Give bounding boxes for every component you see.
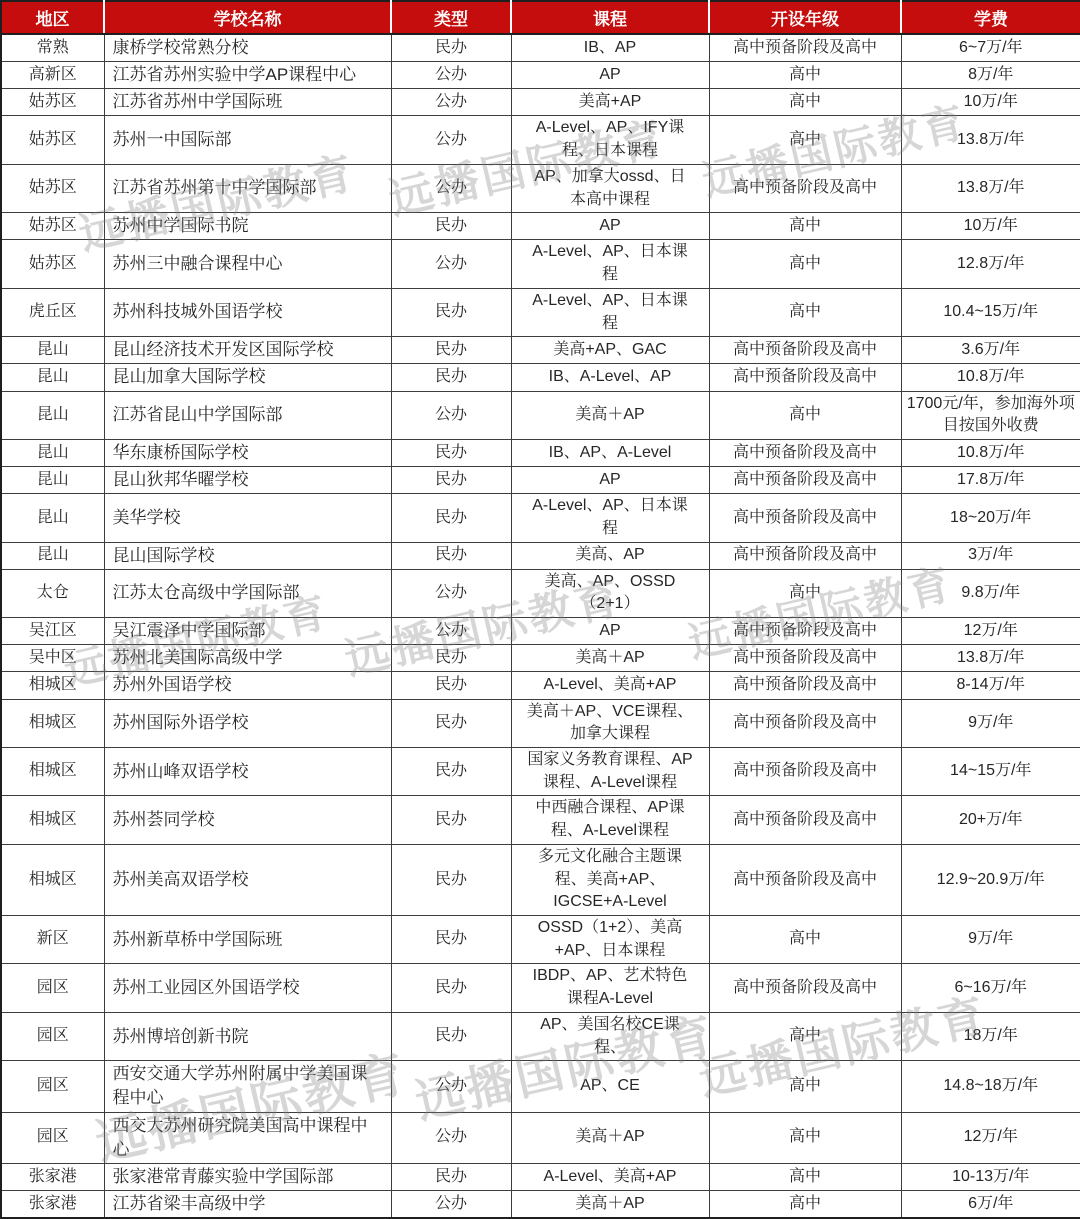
table-row: 姑苏区江苏省苏州第十中学国际部公办AP、加拿大ossd、日本高中课程高中预备阶段…: [1, 164, 1080, 212]
cell-fee: 8-14万/年: [901, 672, 1080, 699]
cell-grades: 高中: [709, 391, 901, 439]
column-header-type: 类型: [391, 1, 511, 34]
cell-courses: A-Level、AP、日本课程: [511, 240, 709, 288]
column-header-region: 地区: [1, 1, 104, 34]
cell-region: 相城区: [1, 796, 104, 844]
cell-region: 新区: [1, 916, 104, 964]
column-header-grades: 开设年级: [709, 1, 901, 34]
cell-grades: 高中: [709, 240, 901, 288]
table-row: 虎丘区苏州科技城外国语学校民办A-Level、AP、日本课程高中10.4~15万…: [1, 288, 1080, 336]
table-row: 园区西安交通大学苏州附属中学美国课程中心公办AP、CE高中14.8~18万/年: [1, 1061, 1080, 1112]
table-row: 昆山昆山狄邦华曜学校民办AP高中预备阶段及高中17.8万/年: [1, 467, 1080, 494]
cell-grades: 高中预备阶段及高中: [709, 618, 901, 645]
cell-school: 江苏省苏州实验中学AP课程中心: [104, 62, 391, 89]
cell-type: 民办: [391, 494, 511, 542]
cell-courses: IB、A-Level、AP: [511, 364, 709, 391]
column-header-fee: 学费: [901, 1, 1080, 34]
cell-school: 康桥学校常熟分校: [104, 34, 391, 62]
cell-type: 民办: [391, 364, 511, 391]
cell-type: 公办: [391, 1190, 511, 1218]
table-row: 相城区苏州山峰双语学校民办国家义务教育课程、AP课程、A-Level课程高中预备…: [1, 748, 1080, 796]
table-row: 昆山江苏省昆山中学国际部公办美高＋AP高中1700元/年，参加海外项目按国外收费: [1, 391, 1080, 439]
cell-type: 公办: [391, 1112, 511, 1163]
cell-school: 苏州外国语学校: [104, 672, 391, 699]
cell-type: 民办: [391, 542, 511, 569]
cell-courses: AP: [511, 467, 709, 494]
cell-courses: A-Level、AP、日本课程: [511, 288, 709, 336]
cell-grades: 高中预备阶段及高中: [709, 645, 901, 672]
cell-courses: 多元文化融合主题课程、美高+AP、IGCSE+A-Level: [511, 844, 709, 915]
cell-school: 昆山加拿大国际学校: [104, 364, 391, 391]
cell-fee: 1700元/年，参加海外项目按国外收费: [901, 391, 1080, 439]
cell-grades: 高中: [709, 916, 901, 964]
cell-courses: 美高、AP: [511, 542, 709, 569]
cell-grades: 高中预备阶段及高中: [709, 748, 901, 796]
cell-grades: 高中: [709, 1112, 901, 1163]
school-tuition-table: 地区 学校名称 类型 课程 开设年级 学费 常熟康桥学校常熟分校民办IB、AP高…: [0, 0, 1080, 1219]
cell-type: 民办: [391, 796, 511, 844]
cell-region: 虎丘区: [1, 288, 104, 336]
cell-region: 相城区: [1, 748, 104, 796]
cell-region: 园区: [1, 964, 104, 1012]
cell-courses: 美高＋AP: [511, 645, 709, 672]
cell-grades: 高中预备阶段及高中: [709, 672, 901, 699]
cell-grades: 高中: [709, 116, 901, 164]
table-row: 张家港江苏省梁丰高级中学公办美高＋AP高中6万/年: [1, 1190, 1080, 1218]
cell-region: 相城区: [1, 699, 104, 747]
cell-school: 苏州一中国际部: [104, 116, 391, 164]
cell-type: 公办: [391, 391, 511, 439]
cell-region: 昆山: [1, 494, 104, 542]
cell-school: 苏州中学国际书院: [104, 213, 391, 240]
cell-school: 吴江震泽中学国际部: [104, 618, 391, 645]
table-row: 相城区苏州荟同学校民办中西融合课程、AP课程、A-Level课程高中预备阶段及高…: [1, 796, 1080, 844]
cell-type: 民办: [391, 288, 511, 336]
cell-fee: 10万/年: [901, 213, 1080, 240]
table-row: 太仓江苏太仓高级中学国际部公办美高、AP、OSSD（2+1）高中9.8万/年: [1, 569, 1080, 617]
cell-type: 公办: [391, 618, 511, 645]
table-row: 园区苏州博培创新书院民办AP、美国名校CE课程、高中18万/年: [1, 1012, 1080, 1060]
cell-type: 公办: [391, 89, 511, 116]
cell-fee: 9万/年: [901, 916, 1080, 964]
cell-region: 吴中区: [1, 645, 104, 672]
cell-grades: 高中: [709, 1163, 901, 1190]
cell-region: 园区: [1, 1061, 104, 1112]
table-row: 昆山昆山国际学校民办美高、AP高中预备阶段及高中3万/年: [1, 542, 1080, 569]
cell-type: 民办: [391, 1163, 511, 1190]
cell-fee: 3万/年: [901, 542, 1080, 569]
cell-grades: 高中预备阶段及高中: [709, 164, 901, 212]
cell-grades: 高中预备阶段及高中: [709, 844, 901, 915]
cell-region: 昆山: [1, 467, 104, 494]
table-row: 吴江区吴江震泽中学国际部公办AP高中预备阶段及高中12万/年: [1, 618, 1080, 645]
cell-fee: 18~20万/年: [901, 494, 1080, 542]
cell-type: 民办: [391, 467, 511, 494]
cell-school: 昆山经济技术开发区国际学校: [104, 337, 391, 364]
cell-courses: AP: [511, 618, 709, 645]
cell-courses: AP、美国名校CE课程、: [511, 1012, 709, 1060]
cell-school: 江苏省苏州中学国际班: [104, 89, 391, 116]
cell-type: 民办: [391, 1012, 511, 1060]
table-header: 地区 学校名称 类型 课程 开设年级 学费: [1, 1, 1080, 34]
cell-fee: 12万/年: [901, 1112, 1080, 1163]
cell-school: 西安交通大学苏州附属中学美国课程中心: [104, 1061, 391, 1112]
cell-grades: 高中: [709, 569, 901, 617]
cell-school: 江苏省昆山中学国际部: [104, 391, 391, 439]
cell-courses: AP、加拿大ossd、日本高中课程: [511, 164, 709, 212]
cell-type: 民办: [391, 699, 511, 747]
column-header-courses: 课程: [511, 1, 709, 34]
cell-courses: AP: [511, 213, 709, 240]
cell-region: 常熟: [1, 34, 104, 62]
cell-grades: 高中预备阶段及高中: [709, 439, 901, 466]
cell-grades: 高中预备阶段及高中: [709, 467, 901, 494]
cell-type: 民办: [391, 672, 511, 699]
cell-courses: 中西融合课程、AP课程、A-Level课程: [511, 796, 709, 844]
cell-fee: 12.9~20.9万/年: [901, 844, 1080, 915]
table-row: 新区苏州新草桥中学国际班民办OSSD（1+2）、美高+AP、日本课程高中9万/年: [1, 916, 1080, 964]
cell-courses: AP、CE: [511, 1061, 709, 1112]
cell-school: 苏州山峰双语学校: [104, 748, 391, 796]
cell-courses: IBDP、AP、艺术特色课程A-Level: [511, 964, 709, 1012]
cell-region: 太仓: [1, 569, 104, 617]
cell-type: 民办: [391, 844, 511, 915]
cell-region: 姑苏区: [1, 89, 104, 116]
cell-fee: 10-13万/年: [901, 1163, 1080, 1190]
cell-fee: 8万/年: [901, 62, 1080, 89]
cell-school: 苏州北美国际高级中学: [104, 645, 391, 672]
cell-region: 昆山: [1, 337, 104, 364]
cell-region: 张家港: [1, 1163, 104, 1190]
cell-school: 西交大苏州研究院美国高中课程中心: [104, 1112, 391, 1163]
cell-region: 相城区: [1, 844, 104, 915]
cell-type: 民办: [391, 916, 511, 964]
cell-courses: IB、AP、A-Level: [511, 439, 709, 466]
cell-type: 民办: [391, 964, 511, 1012]
cell-school: 张家港常青藤实验中学国际部: [104, 1163, 391, 1190]
cell-grades: 高中预备阶段及高中: [709, 337, 901, 364]
cell-region: 昆山: [1, 439, 104, 466]
cell-region: 相城区: [1, 672, 104, 699]
cell-fee: 18万/年: [901, 1012, 1080, 1060]
cell-school: 苏州国际外语学校: [104, 699, 391, 747]
cell-school: 苏州美高双语学校: [104, 844, 391, 915]
cell-type: 公办: [391, 62, 511, 89]
cell-grades: 高中: [709, 89, 901, 116]
table-row: 昆山昆山经济技术开发区国际学校民办美高+AP、GAC高中预备阶段及高中3.6万/…: [1, 337, 1080, 364]
cell-school: 江苏省苏州第十中学国际部: [104, 164, 391, 212]
cell-grades: 高中: [709, 213, 901, 240]
cell-type: 民办: [391, 337, 511, 364]
cell-grades: 高中预备阶段及高中: [709, 542, 901, 569]
cell-region: 昆山: [1, 391, 104, 439]
cell-type: 公办: [391, 164, 511, 212]
school-tuition-table-page: 地区 学校名称 类型 课程 开设年级 学费 常熟康桥学校常熟分校民办IB、AP高…: [0, 0, 1080, 1219]
cell-courses: 国家义务教育课程、AP课程、A-Level课程: [511, 748, 709, 796]
cell-courses: A-Level、美高+AP: [511, 672, 709, 699]
cell-school: 苏州荟同学校: [104, 796, 391, 844]
cell-type: 民办: [391, 213, 511, 240]
table-row: 吴中区苏州北美国际高级中学民办美高＋AP高中预备阶段及高中13.8万/年: [1, 645, 1080, 672]
table-row: 昆山昆山加拿大国际学校民办IB、A-Level、AP高中预备阶段及高中10.8万…: [1, 364, 1080, 391]
cell-type: 公办: [391, 240, 511, 288]
table-row: 昆山美华学校民办A-Level、AP、日本课程高中预备阶段及高中18~20万/年: [1, 494, 1080, 542]
table-row: 常熟康桥学校常熟分校民办IB、AP高中预备阶段及高中6~7万/年: [1, 34, 1080, 62]
cell-grades: 高中: [709, 1061, 901, 1112]
cell-fee: 17.8万/年: [901, 467, 1080, 494]
cell-school: 苏州三中融合课程中心: [104, 240, 391, 288]
cell-courses: OSSD（1+2）、美高+AP、日本课程: [511, 916, 709, 964]
cell-grades: 高中预备阶段及高中: [709, 964, 901, 1012]
table-row: 姑苏区苏州三中融合课程中心公办A-Level、AP、日本课程高中12.8万/年: [1, 240, 1080, 288]
table-row: 姑苏区苏州一中国际部公办A-Level、AP、IFY课程、日本课程高中13.8万…: [1, 116, 1080, 164]
cell-region: 姑苏区: [1, 164, 104, 212]
table-row: 园区苏州工业园区外国语学校民办IBDP、AP、艺术特色课程A-Level高中预备…: [1, 964, 1080, 1012]
cell-school: 苏州博培创新书院: [104, 1012, 391, 1060]
cell-school: 苏州科技城外国语学校: [104, 288, 391, 336]
table-row: 高新区江苏省苏州实验中学AP课程中心公办AP高中8万/年: [1, 62, 1080, 89]
cell-courses: IB、AP: [511, 34, 709, 62]
cell-grades: 高中: [709, 288, 901, 336]
cell-type: 民办: [391, 34, 511, 62]
cell-fee: 20+万/年: [901, 796, 1080, 844]
cell-courses: 美高、AP、OSSD（2+1）: [511, 569, 709, 617]
table-row: 相城区苏州国际外语学校民办美高＋AP、VCE课程、加拿大课程高中预备阶段及高中9…: [1, 699, 1080, 747]
cell-type: 民办: [391, 439, 511, 466]
cell-courses: 美高+AP: [511, 89, 709, 116]
cell-type: 公办: [391, 1061, 511, 1112]
cell-region: 昆山: [1, 542, 104, 569]
cell-region: 姑苏区: [1, 213, 104, 240]
cell-courses: 美高＋AP、VCE课程、加拿大课程: [511, 699, 709, 747]
cell-courses: 美高+AP、GAC: [511, 337, 709, 364]
cell-fee: 10.8万/年: [901, 439, 1080, 466]
cell-grades: 高中预备阶段及高中: [709, 796, 901, 844]
cell-fee: 12万/年: [901, 618, 1080, 645]
cell-region: 姑苏区: [1, 240, 104, 288]
cell-type: 公办: [391, 569, 511, 617]
cell-fee: 9.8万/年: [901, 569, 1080, 617]
cell-fee: 10万/年: [901, 89, 1080, 116]
cell-fee: 14.8~18万/年: [901, 1061, 1080, 1112]
table-row: 昆山华东康桥国际学校民办IB、AP、A-Level高中预备阶段及高中10.8万/…: [1, 439, 1080, 466]
cell-courses: AP: [511, 62, 709, 89]
cell-grades: 高中预备阶段及高中: [709, 699, 901, 747]
cell-fee: 13.8万/年: [901, 645, 1080, 672]
header-row: 地区 学校名称 类型 课程 开设年级 学费: [1, 1, 1080, 34]
cell-region: 园区: [1, 1012, 104, 1060]
cell-region: 吴江区: [1, 618, 104, 645]
cell-fee: 10.8万/年: [901, 364, 1080, 391]
table-row: 相城区苏州美高双语学校民办多元文化融合主题课程、美高+AP、IGCSE+A-Le…: [1, 844, 1080, 915]
cell-courses: 美高＋AP: [511, 1190, 709, 1218]
cell-courses: 美高＋AP: [511, 1112, 709, 1163]
cell-grades: 高中: [709, 62, 901, 89]
cell-courses: A-Level、AP、日本课程: [511, 494, 709, 542]
cell-region: 昆山: [1, 364, 104, 391]
cell-fee: 12.8万/年: [901, 240, 1080, 288]
cell-grades: 高中预备阶段及高中: [709, 494, 901, 542]
cell-school: 昆山国际学校: [104, 542, 391, 569]
cell-region: 姑苏区: [1, 116, 104, 164]
cell-school: 昆山狄邦华曜学校: [104, 467, 391, 494]
cell-grades: 高中: [709, 1190, 901, 1218]
cell-grades: 高中: [709, 1012, 901, 1060]
cell-school: 江苏省梁丰高级中学: [104, 1190, 391, 1218]
cell-school: 苏州工业园区外国语学校: [104, 964, 391, 1012]
cell-grades: 高中预备阶段及高中: [709, 364, 901, 391]
cell-fee: 3.6万/年: [901, 337, 1080, 364]
column-header-school: 学校名称: [104, 1, 391, 34]
cell-fee: 9万/年: [901, 699, 1080, 747]
table-body: 常熟康桥学校常熟分校民办IB、AP高中预备阶段及高中6~7万/年高新区江苏省苏州…: [1, 34, 1080, 1218]
cell-type: 民办: [391, 748, 511, 796]
cell-courses: A-Level、美高+AP: [511, 1163, 709, 1190]
cell-region: 张家港: [1, 1190, 104, 1218]
cell-fee: 13.8万/年: [901, 164, 1080, 212]
table-row: 张家港张家港常青藤实验中学国际部民办A-Level、美高+AP高中10-13万/…: [1, 1163, 1080, 1190]
table-row: 姑苏区江苏省苏州中学国际班公办美高+AP高中10万/年: [1, 89, 1080, 116]
cell-fee: 6~7万/年: [901, 34, 1080, 62]
table-row: 相城区苏州外国语学校民办A-Level、美高+AP高中预备阶段及高中8-14万/…: [1, 672, 1080, 699]
cell-fee: 10.4~15万/年: [901, 288, 1080, 336]
cell-courses: 美高＋AP: [511, 391, 709, 439]
cell-fee: 6万/年: [901, 1190, 1080, 1218]
cell-courses: A-Level、AP、IFY课程、日本课程: [511, 116, 709, 164]
cell-region: 高新区: [1, 62, 104, 89]
cell-fee: 13.8万/年: [901, 116, 1080, 164]
cell-fee: 6~16万/年: [901, 964, 1080, 1012]
cell-type: 民办: [391, 645, 511, 672]
cell-school: 美华学校: [104, 494, 391, 542]
table-row: 园区西交大苏州研究院美国高中课程中心公办美高＋AP高中12万/年: [1, 1112, 1080, 1163]
cell-region: 园区: [1, 1112, 104, 1163]
table-row: 姑苏区苏州中学国际书院民办AP高中10万/年: [1, 213, 1080, 240]
cell-fee: 14~15万/年: [901, 748, 1080, 796]
cell-grades: 高中预备阶段及高中: [709, 34, 901, 62]
cell-school: 江苏太仓高级中学国际部: [104, 569, 391, 617]
cell-school: 苏州新草桥中学国际班: [104, 916, 391, 964]
cell-school: 华东康桥国际学校: [104, 439, 391, 466]
cell-type: 公办: [391, 116, 511, 164]
